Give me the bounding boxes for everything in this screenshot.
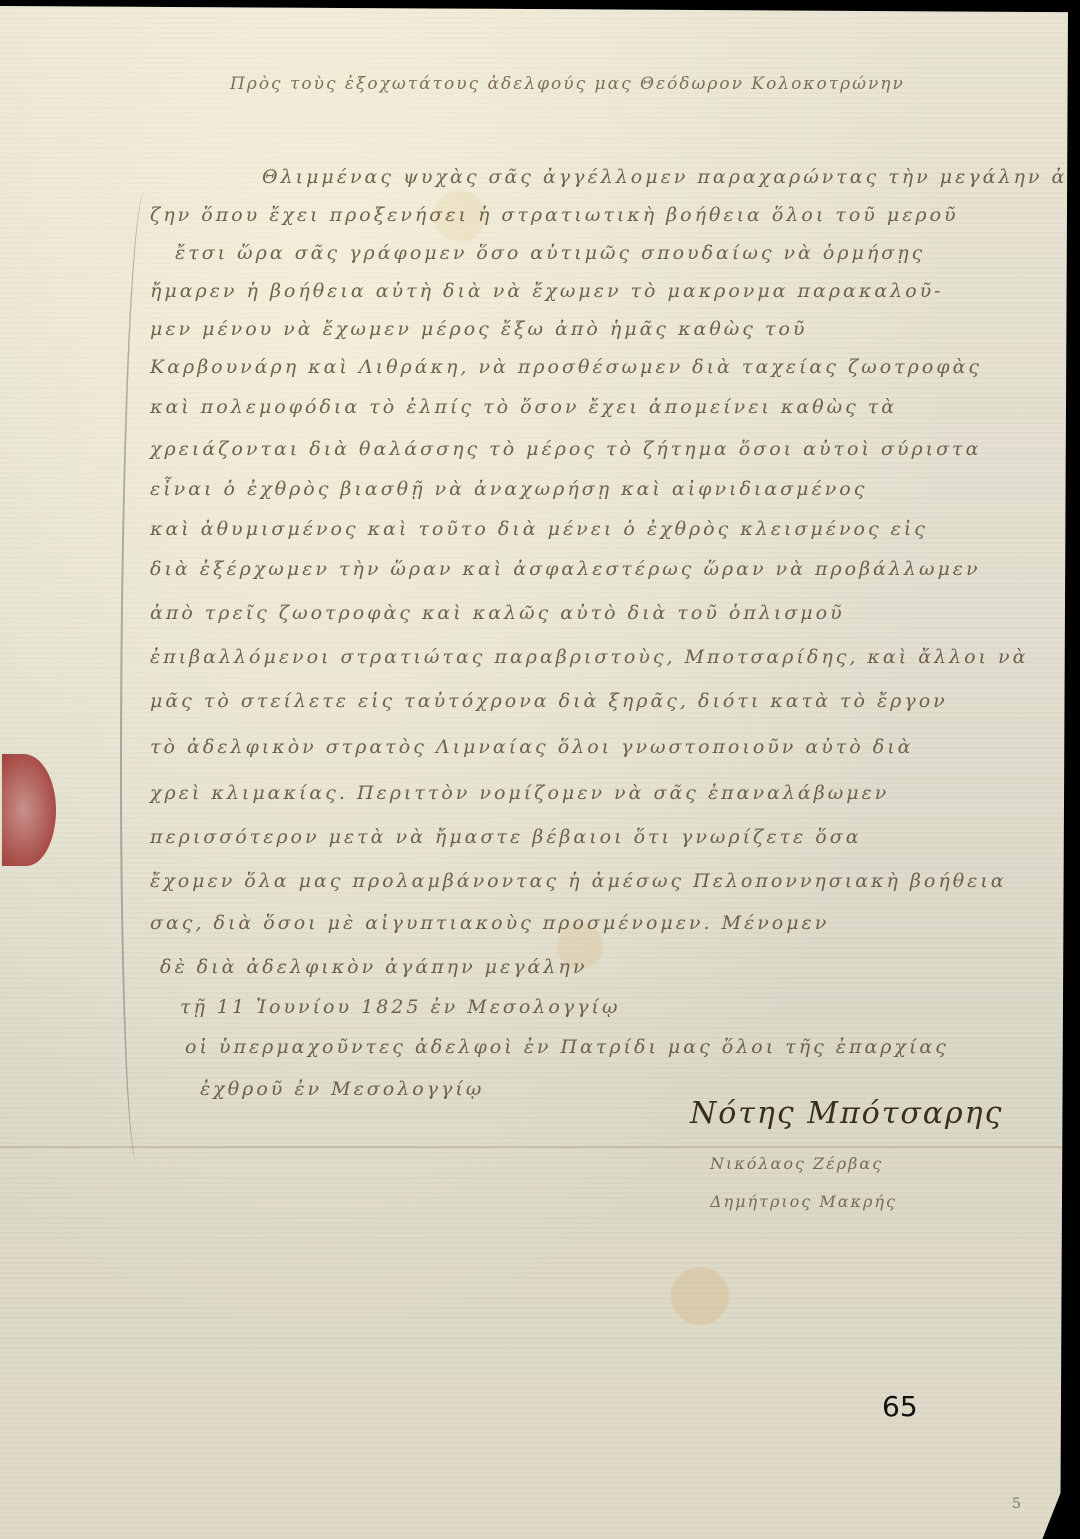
address-line: Πρὸς τοὺς ἐξοχωτάτους ἀδελφούς μας Θεόδω… (230, 74, 905, 94)
body-line: τὸ ἀδελφικὸν στρατὸς Λιμναίας ὅλοι γνωστ… (150, 736, 914, 758)
body-line: χρειάζονται διὰ θαλάσσης τὸ μέρος τὸ ζήτ… (150, 438, 981, 460)
body-line: περισσότερον μετὰ νὰ ἤμαστε βέβαιοι ὅτι … (150, 826, 862, 848)
body-line: Θλιμμένας ψυχὰς σᾶς ἀγγέλλομεν παραχαρών… (262, 166, 1080, 188)
wax-seal-remnant (2, 754, 56, 866)
body-line: Καρβουνάρη καὶ Λιθράκη, νὰ προσθέσωμεν δ… (150, 356, 982, 378)
corner-mark: 5 (1012, 1496, 1021, 1512)
body-line: ἤμαρεν ἡ βοήθεια αὐτὴ διὰ νὰ ἔχωμεν τὸ μ… (150, 280, 944, 302)
body-line: χρεὶ κλιμακίας. Περιττὸν νομίζομεν νὰ σᾶ… (150, 782, 889, 804)
body-line: μεν μένου νὰ ἔχωμεν μέρος ἔξω ἀπὸ ἡμᾶς κ… (150, 318, 807, 340)
closing-line: ἐχθροῦ ἐν Μεσολογγίῳ (200, 1078, 484, 1100)
body-line: ἀπὸ τρεῖς ζωοτροφὰς καὶ καλῶς αὐτὸ διὰ τ… (150, 602, 845, 624)
body-line: σας, διὰ ὅσοι μὲ αἰγυπτιακοὺς προσμένομε… (150, 912, 829, 934)
body-line: διὰ ἐξέρχωμεν τὴν ὥραν καὶ ἀσφαλεστέρως … (150, 558, 981, 580)
manuscript-page: Πρὸς τοὺς ἐξοχωτάτους ἀδελφούς μας Θεόδω… (0, 6, 1068, 1539)
closing-line: οἱ ὑπερμαχοῦντες ἀδελφοὶ ἐν Πατρίδι μας … (185, 1036, 949, 1058)
body-line: ζην ὅπου ἔχει προξενήσει ἡ στρατιωτικὴ β… (150, 204, 959, 226)
signature: Νότης Μπότσαρης (690, 1096, 1003, 1131)
body-line: ἔτσι ὥρα σᾶς γράφομεν ὅσο αὐτιμῶς σπουδα… (175, 242, 925, 264)
signature-subline: Δημήτριος Μακρής (710, 1192, 897, 1211)
date-line: τῇ 11 Ἰουνίου 1825 ἐν Μεσολογγίῳ (180, 996, 620, 1018)
body-line: ἐπιβαλλόμενοι στρατιώτας παραβριστοὺς, Μ… (150, 646, 1028, 668)
body-line: καὶ πολεμοφόδια τὸ ἐλπίς τὸ ὅσον ἔχει ἀπ… (150, 396, 897, 418)
folio-number: 65 (882, 1390, 918, 1423)
signature-subline: Νικόλαος Ζέρβας (710, 1154, 883, 1173)
body-line: μᾶς τὸ στείλετε εἰς ταὐτόχρονα διὰ ξηρᾶς… (150, 690, 948, 712)
body-line: ἔχομεν ὅλα μας προλαμβάνοντας ἡ ἀμέσως Π… (150, 870, 1007, 892)
body-line: εἶναι ὁ ἐχθρὸς βιασθῇ νὰ ἀναχωρήσῃ καὶ α… (150, 478, 867, 500)
body-line: δὲ διὰ ἀδελφικὸν ἀγάπην μεγάλην (160, 956, 587, 978)
body-line: καὶ ἀθυμισμένος καὶ τοῦτο διὰ μένει ὁ ἐχ… (150, 518, 928, 540)
